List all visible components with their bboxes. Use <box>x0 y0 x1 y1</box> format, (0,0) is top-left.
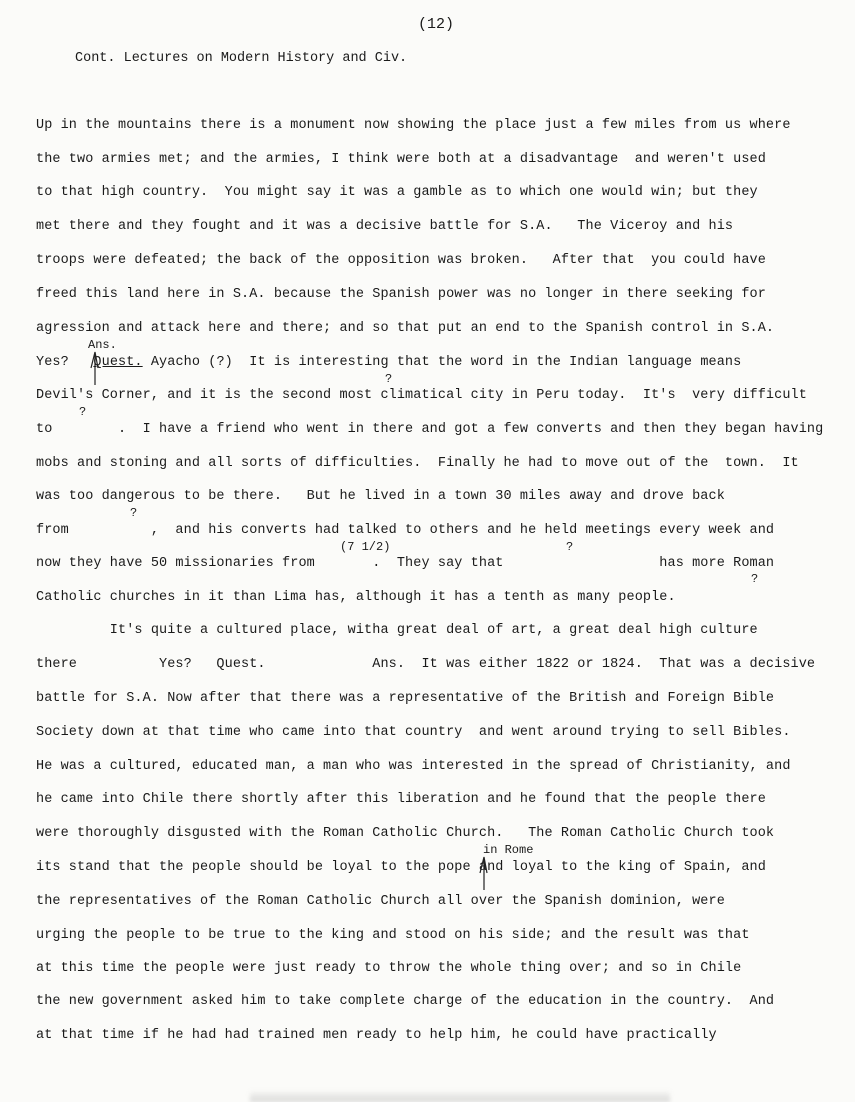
scan-smudge <box>250 1090 670 1102</box>
text-line: Catholic churches in it than Lima has, a… <box>36 590 676 605</box>
page-number: (12) <box>418 16 454 33</box>
text-line: he came into Chile there shortly after t… <box>36 792 766 807</box>
text-line: was too dangerous to be there. But he li… <box>36 489 725 504</box>
text-line: battle for S.A. Now after that there was… <box>36 691 774 706</box>
query-mark: ? <box>79 405 86 419</box>
qa-quest: Quest. <box>93 355 142 370</box>
text-line: urging the people to be true to the king… <box>36 928 750 943</box>
text-line: the representatives of the Roman Catholi… <box>36 894 725 909</box>
query-mark: ? <box>751 572 758 586</box>
text-line: Up in the mountains there is a monument … <box>36 118 791 133</box>
text-line: at this time the people were just ready … <box>36 961 741 976</box>
text-line: agression and attack here and there; and… <box>36 321 774 336</box>
fraction-note: (7 1/2) <box>340 540 390 554</box>
text-line: at that time if he had had trained men r… <box>36 1028 717 1043</box>
query-mark: ? <box>385 372 392 386</box>
insertion-caret-icon <box>479 855 489 891</box>
text-line: It's quite a cultured place, witha great… <box>36 623 758 638</box>
text-line: the two armies met; and the armies, I th… <box>36 152 766 167</box>
text-line: its stand that the people should be loya… <box>36 860 766 875</box>
text-line: from , and his converts had talked to ot… <box>36 523 774 538</box>
qa-line: Yes? Quest. Ayacho (?) It is interesting… <box>36 355 741 370</box>
text-line: met there and they fought and it was a d… <box>36 219 733 234</box>
text-line: Society down at that time who came into … <box>36 725 791 740</box>
interlinear-in-rome: in Rome <box>483 843 533 857</box>
document-heading: Cont. Lectures on Modern History and Civ… <box>75 51 407 66</box>
text-line: to that high country. You might say it w… <box>36 185 758 200</box>
text-line: to . I have a friend who went in there a… <box>36 422 823 437</box>
text-line: there Yes? Quest. Ans. It was either 182… <box>36 657 815 672</box>
text-line: troops were defeated; the back of the op… <box>36 253 766 268</box>
query-mark: ? <box>130 506 137 520</box>
text-line: Devil's Corner, and it is the second mos… <box>36 388 807 403</box>
query-mark: ? <box>566 540 573 554</box>
qa-yes: Yes? <box>36 355 69 370</box>
insertion-caret-icon <box>90 350 100 386</box>
text-line: He was a cultured, educated man, a man w… <box>36 759 791 774</box>
typed-page: (12) Cont. Lectures on Modern History an… <box>0 0 855 1102</box>
text-line: were thoroughly disgusted with the Roman… <box>36 826 774 841</box>
qa-rest: Ayacho (?) It is interesting that the wo… <box>143 355 742 370</box>
text-line: mobs and stoning and all sorts of diffic… <box>36 456 799 471</box>
text-line: the new government asked him to take com… <box>36 994 774 1009</box>
text-line: freed this land here in S.A. because the… <box>36 287 766 302</box>
text-line: now they have 50 missionaries from . The… <box>36 556 774 571</box>
